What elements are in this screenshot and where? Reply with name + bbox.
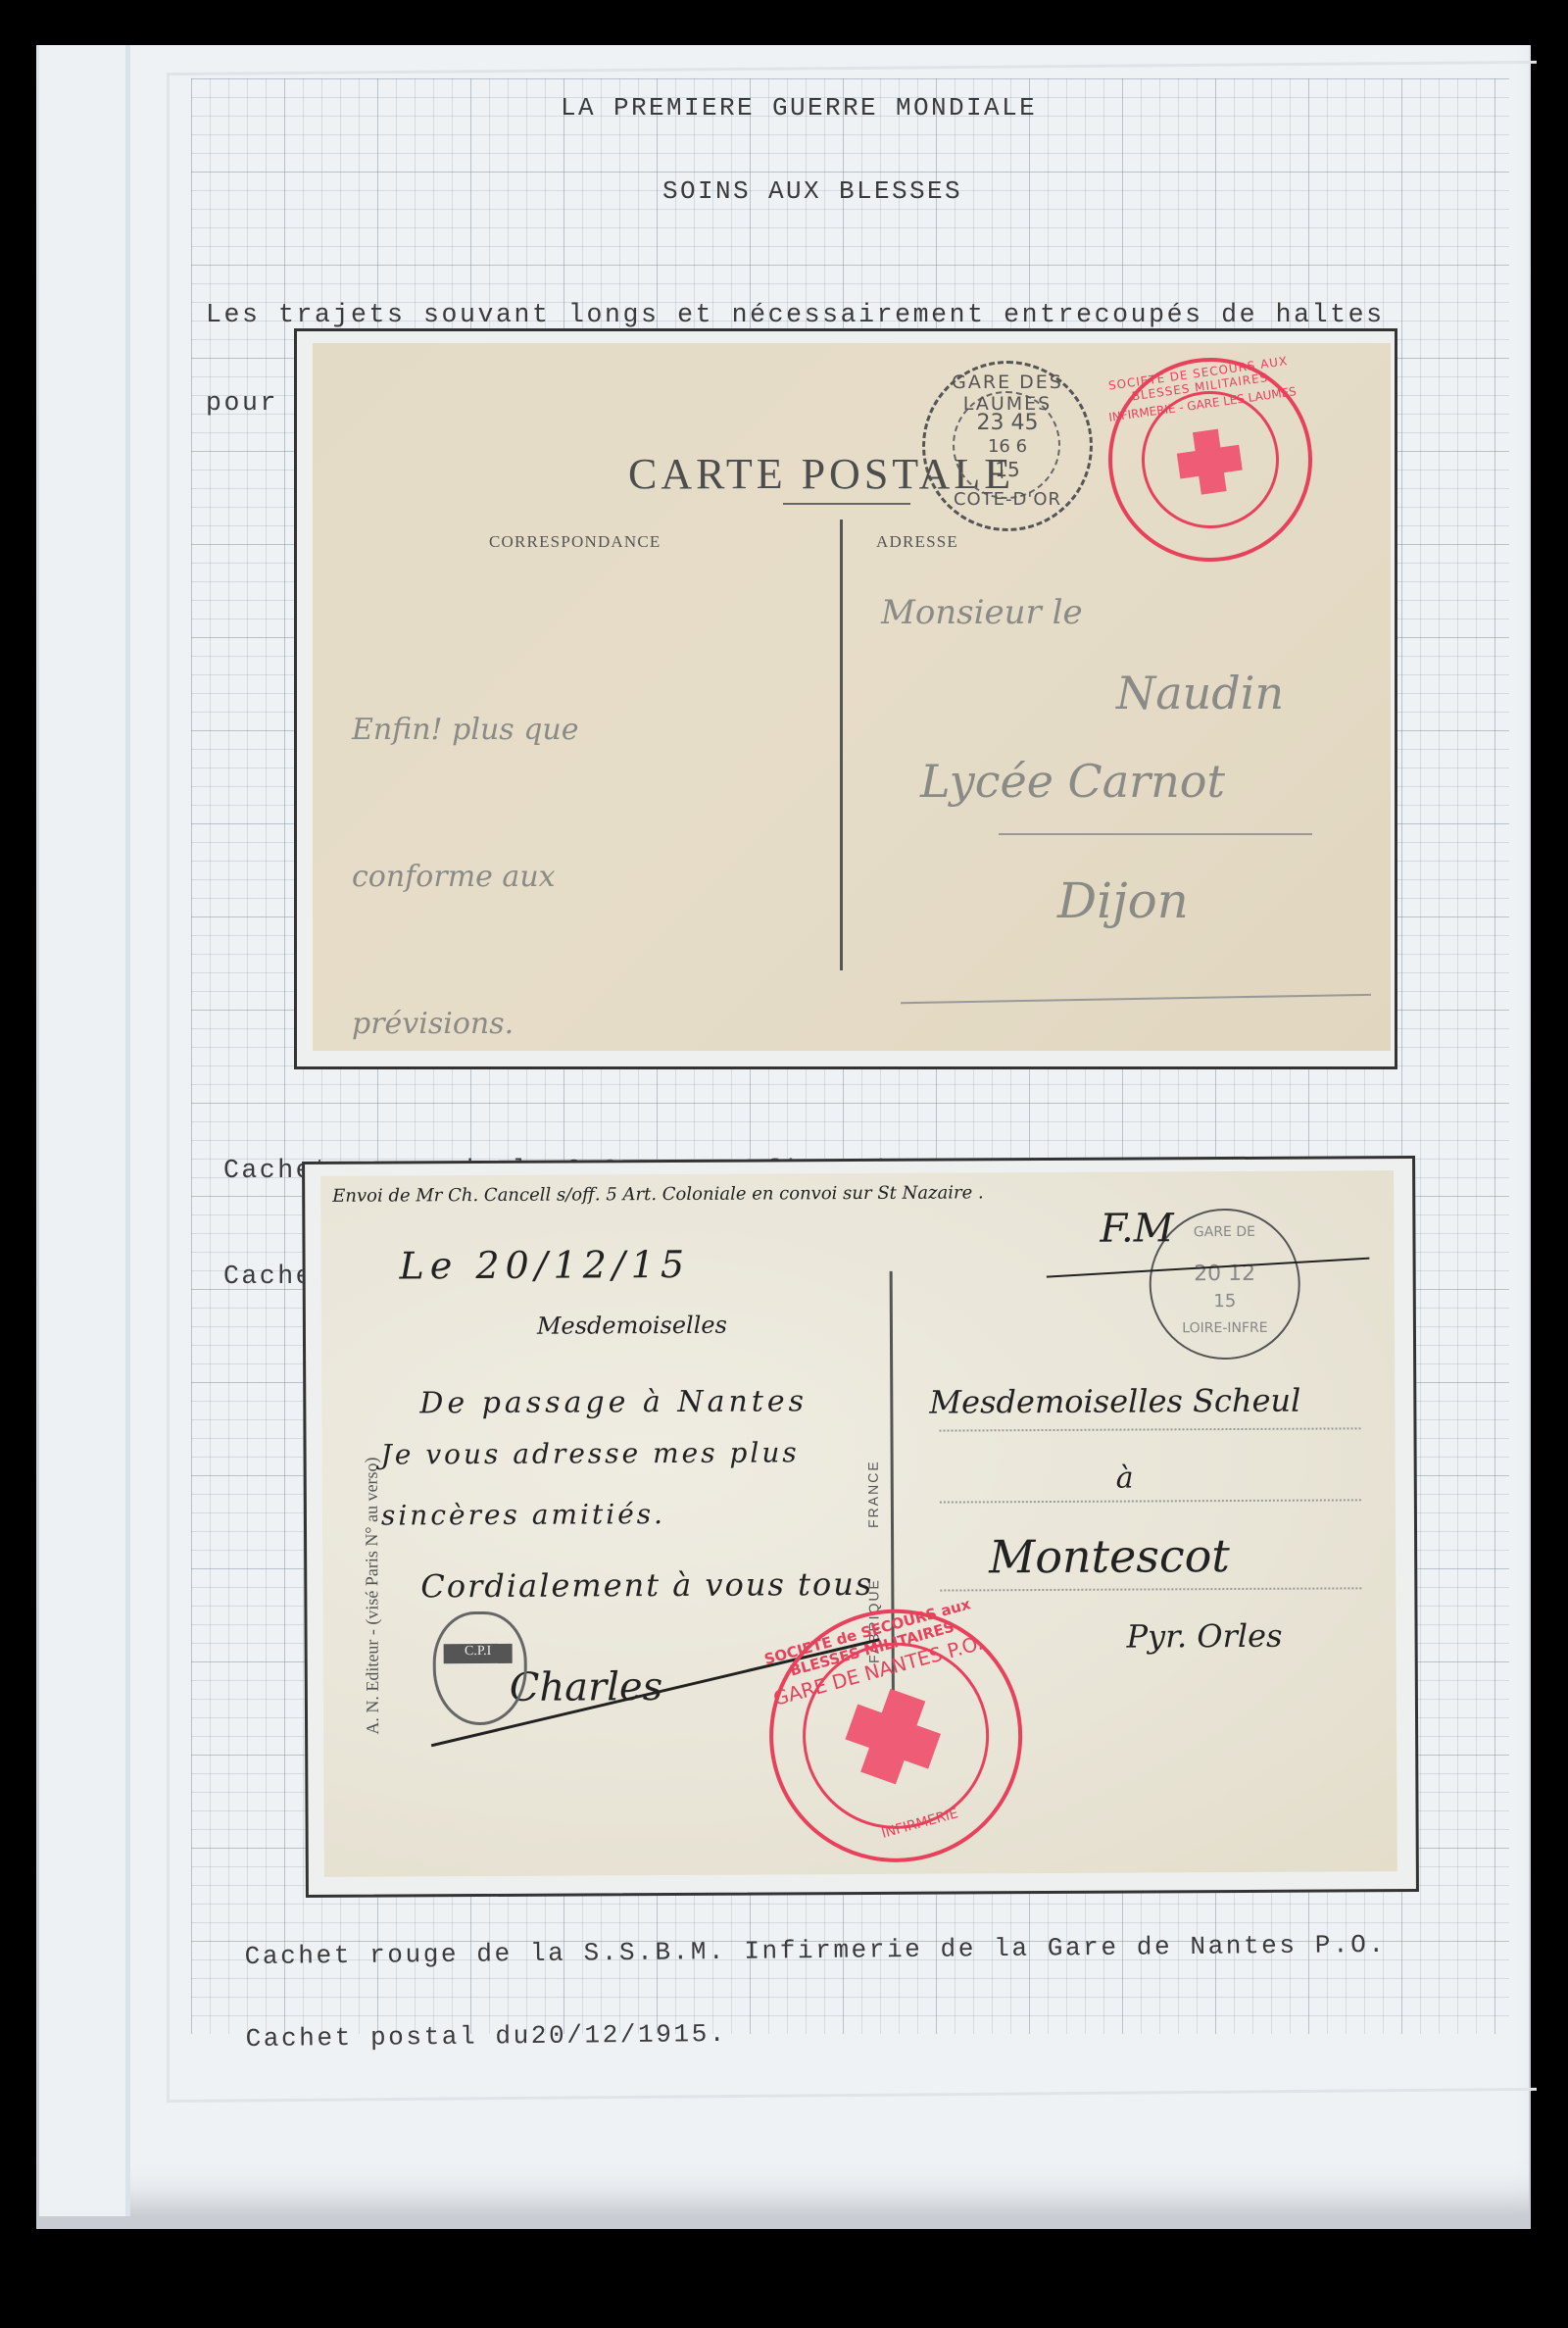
heading-rule xyxy=(783,503,910,505)
address-line: à xyxy=(1116,1461,1134,1496)
country-text: FRANCE xyxy=(865,1460,881,1528)
address-line: Naudin xyxy=(1116,667,1284,719)
postmark-top-text: GARE DES LAUMES xyxy=(925,371,1090,415)
intro-line: Les trajets souvant longs et nécessairem… xyxy=(206,300,1385,329)
address-line: Montescot xyxy=(989,1529,1230,1583)
card-divider xyxy=(840,520,843,970)
address-line: Lycée Carnot xyxy=(920,755,1225,808)
date-line: Le 20/12/15 xyxy=(399,1243,690,1288)
cpi-seal: C.P.I xyxy=(432,1611,527,1726)
message-line: Cordialement à vous tous xyxy=(420,1565,873,1605)
address-line: Monsieur le xyxy=(881,593,1083,632)
message-line: Mesdemoiselles xyxy=(537,1312,727,1340)
pencil-line xyxy=(901,994,1371,1004)
postmark-bottom-text: COTE-D'OR xyxy=(925,489,1090,510)
address-line: Pyr. Orles xyxy=(1126,1617,1282,1656)
postmark-time: 23 45 xyxy=(925,411,1090,435)
caption-line: Cachet postal du20/12/1915. xyxy=(245,2013,1387,2053)
postmark-year: 15 xyxy=(1151,1291,1298,1313)
address-dotted-line xyxy=(940,1499,1361,1503)
page-subtitle: SOINS AUX BLESSES xyxy=(662,176,962,206)
handwritten-message: Enfin! plus que conforme aux prévisions.… xyxy=(352,608,728,1051)
postcard-mount-2: Envoi de Mr Ch. Cancell s/off. 5 Art. Co… xyxy=(302,1156,1419,1898)
caption-line: Cachet rouge de la S.S.B.M. Infirmerie d… xyxy=(245,1931,1387,1970)
signature: Charles xyxy=(510,1664,663,1710)
address-dotted-line xyxy=(940,1587,1361,1591)
album-binding-strip xyxy=(39,45,130,2216)
red-cross-cachet-nantes: SOCIETE de SECOURS aux BLESSES MILITAIRE… xyxy=(741,1580,1052,1877)
top-note: Envoi de Mr Ch. Cancell s/off. 5 Art. Co… xyxy=(332,1182,984,1206)
message-line: conforme aux xyxy=(352,853,728,902)
adresse-label: ADRESSE xyxy=(876,532,958,552)
postmark-year: 15 xyxy=(925,458,1090,481)
correspondance-label: CORRESPONDANCE xyxy=(489,532,661,552)
message-line: De passage à Nantes xyxy=(419,1384,808,1420)
address-line: Dijon xyxy=(1057,872,1189,929)
message-line: prévisions. xyxy=(352,1000,728,1049)
franchise-mark: F.M xyxy=(1100,1206,1173,1251)
postmark-bottom-text: LOIRE-INFRE xyxy=(1151,1320,1298,1337)
postcard-mount-1: CARTE POSTALE CORRESPONDANCE ADRESSE GAR… xyxy=(294,328,1397,1069)
address-dotted-line xyxy=(939,1427,1360,1431)
cpi-seal-label: C.P.I xyxy=(444,1644,513,1663)
address-underline xyxy=(999,833,1312,835)
postmark-date: 16 6 xyxy=(925,436,1090,457)
postcard-nantes: Envoi de Mr Ch. Cancell s/off. 5 Art. Co… xyxy=(320,1170,1397,1877)
message-line: Enfin! plus que xyxy=(352,706,728,755)
postcard-les-laumes: CARTE POSTALE CORRESPONDANCE ADRESSE GAR… xyxy=(313,343,1391,1051)
caption-2: Cachet rouge de la S.S.B.M. Infirmerie d… xyxy=(244,1876,1388,2080)
red-cross-cachet-les-laumes: SOCIETE DE SECOURS AUX BLESSES MILITAIRE… xyxy=(1096,345,1326,575)
publisher-text: A. N. Editeur - (visé Paris N° au verso) xyxy=(362,1457,383,1734)
message-line: Je vous adresse mes plus xyxy=(381,1436,800,1470)
postmark-les-laumes: GARE DES LAUMES 23 45 16 6 15 COTE-D'OR xyxy=(922,361,1093,531)
page-title: LA PREMIERE GUERRE MONDIALE xyxy=(561,93,1037,123)
message-line: sincères amitiés. xyxy=(381,1498,665,1532)
address-line: Mesdemoiselles Scheul xyxy=(929,1382,1300,1421)
